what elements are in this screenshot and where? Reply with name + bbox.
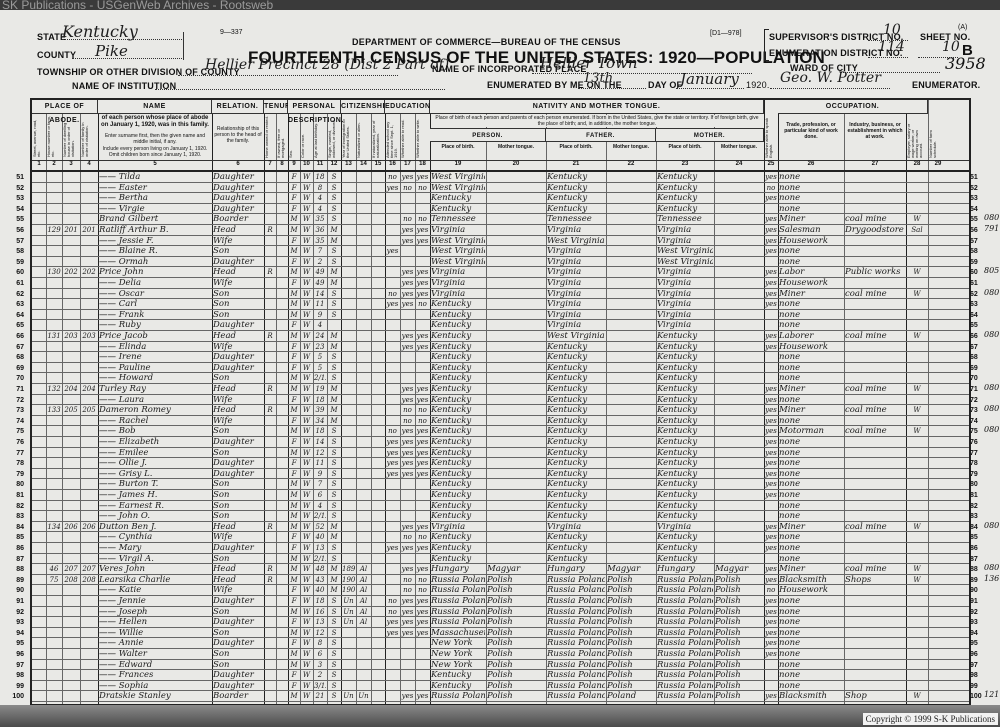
cell-occ: Salesman — [779, 225, 843, 236]
cell-bp: Kentucky — [431, 310, 485, 321]
cell-sex: F — [289, 257, 299, 268]
cell-rd: no — [401, 416, 414, 427]
cell-fbp: West Virginia — [547, 236, 605, 247]
cell-emp — [907, 448, 927, 459]
cell-mar: M — [328, 575, 340, 586]
cell-dw — [63, 607, 79, 618]
table-row: 46207Veres JohnHeadRMW48M1899AlyesyesHun… — [32, 564, 969, 575]
cell-age: 11 — [314, 458, 326, 469]
cell-name: —— Elinda — [99, 342, 211, 353]
cell-rel: Boarder — [213, 214, 263, 225]
table-row: —— RubyDaughterFW4KentuckyVirginiaVirgin… — [32, 320, 969, 331]
cell-age: 5 — [314, 363, 326, 374]
cell-name: —— Virgie — [99, 204, 211, 215]
cell-mtg: Polish — [715, 649, 763, 660]
cell-fbp: Russia Poland — [547, 628, 605, 639]
cell-race: W — [301, 458, 312, 469]
line-number-right: 73 — [970, 407, 978, 414]
cell-name: Dameron Romey — [99, 405, 211, 416]
cell-ind — [845, 320, 905, 331]
cell-emp — [907, 660, 927, 671]
column-number: 9 — [288, 161, 300, 167]
cell-sex: M — [289, 289, 299, 300]
cell-wr: yes — [416, 267, 429, 278]
cell-name: —— Howard — [99, 373, 211, 384]
cell-bp: Russia Poland — [431, 691, 485, 702]
cell-imm: Un — [342, 607, 355, 618]
column-label-family: Number of family in order of visitation. — [81, 115, 97, 157]
cell-fam: 208 — [63, 575, 79, 586]
month-underline — [676, 88, 744, 89]
cell-rd: yes — [401, 628, 414, 639]
bottom-dark-border: Copyright © 1999 S-K Publications — [0, 705, 1000, 727]
cell-eng — [765, 320, 777, 331]
cell-sch — [386, 681, 399, 692]
cell-dw — [63, 670, 79, 681]
cell-emp — [907, 320, 927, 331]
cell-name: —— Frank — [99, 310, 211, 321]
column-label-street: Street, avenue, road, etc. — [33, 115, 45, 157]
cell-mbp: Russia Poland — [657, 638, 713, 649]
cell-name: —— Mary — [99, 543, 211, 554]
cell-sex: M — [289, 490, 299, 501]
cell-dw: 129 — [47, 225, 61, 236]
cell-sch — [386, 267, 399, 278]
line-number-right: 80 — [970, 481, 978, 488]
cell-mar: M — [328, 416, 340, 427]
cell-rd — [401, 660, 414, 671]
cell-mtg: Polish — [715, 575, 763, 586]
cell-rel: Daughter — [213, 257, 263, 268]
cell-mbp: Russia Poland — [657, 617, 713, 628]
line-number-right: 74 — [970, 418, 978, 425]
line-number-left: 91 — [2, 598, 24, 605]
cell-name: —— John O. — [99, 511, 211, 522]
cell-occ: none — [779, 490, 843, 501]
cell-wr: no — [416, 532, 429, 543]
cell-ind — [845, 469, 905, 480]
line-number-left: 73 — [2, 407, 24, 414]
cell-age: 16 — [314, 607, 326, 618]
cell-sch: yes — [386, 246, 399, 257]
cell-name: —— Bob — [99, 426, 211, 437]
table-row: —— MaryDaughterFW13SyesyesyesKentuckyKen… — [32, 543, 969, 554]
cell-name: —— Easter — [99, 183, 211, 194]
cell-wr: yes — [416, 172, 429, 183]
cell-rd: yes — [401, 278, 414, 289]
cell-mar: M — [328, 564, 340, 575]
cell-occ: none — [779, 649, 843, 660]
cell-bp: Virginia — [431, 225, 485, 236]
cell-eng: yes — [765, 469, 777, 480]
table-row: —— EdwardSonMW3SNew YorkPolishRussia Pol… — [32, 660, 969, 671]
cell-dw — [63, 289, 79, 300]
column-number: 5 — [98, 161, 212, 167]
form-id: [D1—978] — [710, 30, 742, 37]
cell-ind: coal mine — [845, 214, 905, 225]
cell-wr — [416, 511, 429, 522]
cell-own — [265, 193, 275, 204]
cell-rel: Head — [213, 564, 263, 575]
cell-wr: yes — [416, 437, 429, 448]
cell-age: 19 — [314, 384, 326, 395]
cell-rel: Son — [213, 649, 263, 660]
cell-mbp: Russia Poland — [657, 607, 713, 618]
cell-name: —— Bertha — [99, 193, 211, 204]
cell-ind: coal mine — [845, 289, 905, 300]
cell-wr: yes — [416, 331, 429, 342]
cell-sch — [386, 501, 399, 512]
cell-sch — [386, 320, 399, 331]
table-row: —— Grisy L.DaughterFW9SyesyesyesKentucky… — [32, 469, 969, 480]
cell-ind — [845, 501, 905, 512]
cell-sex: F — [289, 543, 299, 554]
cell-fbp: Kentucky — [547, 479, 605, 490]
cell-emp — [907, 437, 927, 448]
line-number-right: 68 — [970, 354, 978, 361]
cell-bp: Russia Poland — [431, 596, 485, 607]
cell-wr: yes — [416, 543, 429, 554]
cell-eng: yes — [765, 649, 777, 660]
cell-fbp: Kentucky — [547, 204, 605, 215]
cell-mbp: Virginia — [657, 310, 713, 321]
line-number-right: 87 — [970, 556, 978, 563]
cell-occ: none — [779, 681, 843, 692]
cell-emp: W — [907, 426, 927, 437]
line-number-right: 79 — [970, 471, 978, 478]
cell-nat: Al — [357, 564, 370, 575]
cell-mbp: Kentucky — [657, 437, 713, 448]
cell-fam — [81, 532, 97, 543]
cell-rd: no — [401, 575, 414, 586]
cell-own — [265, 204, 275, 215]
cell-eng: yes — [765, 543, 777, 554]
cell-age: 40 — [314, 585, 326, 596]
cell-btg: Polish — [487, 638, 545, 649]
cell-sex: F — [289, 236, 299, 247]
cell-dw — [63, 596, 79, 607]
cell-occ: none — [779, 448, 843, 459]
cell-mar: S — [328, 479, 340, 490]
cell-race: W — [301, 193, 312, 204]
cell-fam — [81, 437, 97, 448]
cell-bp: Virginia — [431, 278, 485, 289]
cell-rel: Daughter — [213, 638, 263, 649]
cell-fam — [81, 543, 97, 554]
table-row: 129201Ratliff Arthur B.HeadRMW36MyesyesV… — [32, 225, 969, 236]
cell-bp: Kentucky — [431, 437, 485, 448]
cell-fam — [81, 628, 97, 639]
cell-imm: 1902 — [342, 575, 355, 586]
line-number-left: 100 — [2, 693, 24, 700]
cell-mar: S — [328, 691, 340, 702]
column-label-tongue: Mother tongue. — [608, 144, 654, 150]
cell-dw: 134 — [47, 522, 61, 533]
cell-occ: none — [779, 352, 843, 363]
cell-family-number: 208 — [81, 575, 97, 586]
margin-code-note: 080 — [984, 425, 999, 434]
cell-wr — [416, 479, 429, 490]
margin-code-note: 791 — [984, 224, 999, 233]
cell-race: W — [301, 490, 312, 501]
cell-own — [265, 352, 275, 363]
cell-mbp: Kentucky — [657, 395, 713, 406]
line-number-left: 54 — [2, 206, 24, 213]
cell-ind — [845, 278, 905, 289]
table-row: —— LauraWifeFW18MyesyesKentuckyKentuckyK… — [32, 395, 969, 406]
column-label-age: Age at last birthday. — [314, 116, 326, 158]
table-row: —— WalterSonMW6SNew YorkPolishRussia Pol… — [32, 649, 969, 660]
column-label-write: Whether able to write. — [416, 116, 429, 158]
cell-ind — [845, 448, 905, 459]
cell-wr: yes — [416, 607, 429, 618]
cell-sch: yes — [386, 617, 399, 628]
cell-sch — [386, 670, 399, 681]
cell-bp: Kentucky — [431, 479, 485, 490]
cell-dw — [63, 554, 79, 565]
cell-own — [265, 458, 275, 469]
cell-eng: yes — [765, 426, 777, 437]
cell-age: 36 — [314, 225, 326, 236]
cell-ind — [845, 299, 905, 310]
cell-sch — [386, 225, 399, 236]
cell-sex: F — [289, 670, 299, 681]
cell-own — [265, 373, 275, 384]
cell-fbp: Virginia — [547, 257, 605, 268]
cell-dw: 46 — [47, 564, 61, 575]
cell-name: Brand Gilbert — [99, 214, 211, 225]
cell-race: W — [301, 564, 312, 575]
cell-own — [265, 437, 275, 448]
cell-mar: S — [328, 490, 340, 501]
cell-mar: S — [328, 670, 340, 681]
cell-rel: Daughter — [213, 617, 263, 628]
cell-dw — [63, 214, 79, 225]
cell-own — [265, 628, 275, 639]
cell-fam — [81, 670, 97, 681]
cell-dw — [63, 501, 79, 512]
cell-sex: M — [289, 607, 299, 618]
column-group-occupation: OCCUPATION. — [778, 100, 928, 114]
cell-fbp: Russia Poland — [547, 617, 605, 628]
cell-bp: Kentucky — [431, 363, 485, 374]
cell-mbp: Russia Poland — [657, 691, 713, 702]
cell-fbp: Russia Poland — [547, 670, 605, 681]
cell-emp — [907, 373, 927, 384]
cell-name: —— Irene — [99, 352, 211, 363]
cell-fbp: Russia Poland — [547, 691, 605, 702]
column-group-tenure: TENURE. — [264, 100, 288, 114]
cell-sex: F — [289, 532, 299, 543]
cell-fam — [81, 257, 97, 268]
margin-code-note: 805 — [984, 266, 999, 275]
cell-mar — [328, 320, 340, 331]
column-label-dwelling: Number of dwelling house in order of vis… — [63, 115, 79, 157]
cell-mar: S — [328, 437, 340, 448]
cell-own: R — [265, 331, 275, 342]
cell-mbp: Kentucky — [657, 405, 713, 416]
table-row: —— FrankSonMW9SKentuckyVirginiaVirginian… — [32, 310, 969, 321]
cell-sch — [386, 193, 399, 204]
cell-emp — [907, 193, 927, 204]
cell-sch — [386, 511, 399, 522]
cell-emp — [907, 246, 927, 257]
cell-eng — [765, 660, 777, 671]
cell-bp: New York — [431, 638, 485, 649]
sheet-number: 10 — [942, 39, 960, 55]
cell-mbp: Kentucky — [657, 384, 713, 395]
cell-rel: Son — [213, 660, 263, 671]
cell-wr: no — [416, 585, 429, 596]
line-number-right: 69 — [970, 365, 978, 372]
cell-occ: none — [779, 638, 843, 649]
cell-dw: 131 — [47, 331, 61, 342]
cell-mar: M — [328, 342, 340, 353]
year-label: 1920. — [746, 80, 770, 90]
cell-mbp: Russia Poland — [657, 575, 713, 586]
line-number-right: 83 — [970, 513, 978, 520]
cell-family-number: 207 — [81, 564, 97, 575]
column-group-abode: PLACE OF ABODE. — [32, 100, 98, 114]
cell-eng: yes — [765, 490, 777, 501]
cell-eng: yes — [765, 193, 777, 204]
cell-sex: M — [289, 522, 299, 533]
cell-own — [265, 501, 275, 512]
cell-wr: no — [416, 214, 429, 225]
cell-wr — [416, 320, 429, 331]
cell-age: 3 — [314, 660, 326, 671]
line-number-left: 53 — [2, 195, 24, 202]
cell-mtg: Polish — [715, 681, 763, 692]
cell-fam — [81, 246, 97, 257]
cell-sex: F — [289, 172, 299, 183]
cell-sex: F — [289, 363, 299, 374]
cell-race: W — [301, 469, 312, 480]
cell-sch: yes — [386, 448, 399, 459]
cell-bp: Kentucky — [431, 395, 485, 406]
cell-own — [265, 236, 275, 247]
cell-name: Learsika Charlie — [99, 575, 211, 586]
cell-age: 14 — [314, 289, 326, 300]
cell-sch — [386, 257, 399, 268]
column-number: 26 — [778, 161, 844, 167]
table-row: —— IreneDaughterFW5SKentuckyKentuckyKent… — [32, 352, 969, 363]
line-number-right: 66 — [970, 333, 978, 340]
cell-age: 18 — [314, 596, 326, 607]
cell-fbp: Kentucky — [547, 183, 605, 194]
cell-ind — [845, 596, 905, 607]
cell-eng: yes — [765, 289, 777, 300]
line-number-right: 53 — [970, 195, 978, 202]
column-label-birth: Place of birth. — [432, 144, 484, 150]
township-underline — [178, 75, 398, 76]
table-row: —— BobSonMW18SnoyesyesKentuckyKentuckyKe… — [32, 426, 969, 437]
cell-bp: Kentucky — [431, 469, 485, 480]
margin-code-note: 080 — [984, 330, 999, 339]
cell-dw: 130 — [47, 267, 61, 278]
cell-sch — [386, 416, 399, 427]
cell-mbp: Kentucky — [657, 469, 713, 480]
cell-bp: West Virginia — [431, 257, 485, 268]
cell-emp — [907, 681, 927, 692]
cell-occ: none — [779, 628, 843, 639]
cell-eng: yes — [765, 236, 777, 247]
cell-rd: yes — [401, 448, 414, 459]
cell-own — [265, 299, 275, 310]
cell-eng: yes — [765, 638, 777, 649]
cell-fam — [81, 691, 97, 702]
incorporated-place-value: Hellier Town — [540, 54, 638, 72]
cell-rd: yes — [401, 395, 414, 406]
cell-eng: yes — [765, 384, 777, 395]
cell-fbp: West Virginia — [547, 331, 605, 342]
cell-fam — [81, 490, 97, 501]
cell-ind: coal mine — [845, 331, 905, 342]
cell-mar: S — [328, 607, 340, 618]
table-row: —— OscarSonMW14SnoyesyesVirginiaVirginia… — [32, 289, 969, 300]
cell-occ: none — [779, 299, 843, 310]
cell-own: R — [265, 564, 275, 575]
cell-occ: none — [779, 458, 843, 469]
cell-rd: yes — [401, 172, 414, 183]
cell-dw — [63, 437, 79, 448]
cell-rd — [401, 670, 414, 681]
cell-age: 24 — [314, 331, 326, 342]
cell-rel: Head — [213, 331, 263, 342]
cell-wr — [416, 352, 429, 363]
cell-age: 23 — [314, 342, 326, 353]
cell-name: Price John — [99, 267, 211, 278]
column-label-read: Whether able to read. — [401, 116, 414, 158]
cell-sex: M — [289, 649, 299, 660]
cell-race: W — [301, 437, 312, 448]
cell-sch — [386, 395, 399, 406]
table-row: —— ElindaWifeFW23MyesyesKentuckyKentucky… — [32, 342, 969, 353]
line-number-left: 62 — [2, 291, 24, 298]
cell-rd: yes — [401, 331, 414, 342]
enumerator-label: ENUMERATOR. — [912, 80, 980, 90]
line-number-left: 55 — [2, 216, 24, 223]
cell-bp: Virginia — [431, 289, 485, 300]
cell-eng: no — [765, 585, 777, 596]
cell-mtg: Polish — [715, 670, 763, 681]
cell-emp — [907, 479, 927, 490]
cell-wr: yes — [416, 236, 429, 247]
cell-bp: West Virginia — [431, 246, 485, 257]
line-number-right: 70 — [970, 375, 978, 382]
cell-ftg: Polish — [607, 617, 655, 628]
cell-occ: none — [779, 320, 843, 331]
cell-fbp: Kentucky — [547, 501, 605, 512]
cell-name: —— Blaine R. — [99, 246, 211, 257]
cell-fbp: Kentucky — [547, 426, 605, 437]
cell-eng: yes — [765, 214, 777, 225]
line-number-left: 92 — [2, 609, 24, 616]
cell-mbp: West Virginia — [657, 246, 713, 257]
cell-ftg: Polish — [607, 575, 655, 586]
cell-bp: Tennessee — [431, 214, 485, 225]
cell-bp: West Virginia — [431, 183, 485, 194]
cell-ind: coal mine — [845, 426, 905, 437]
cell-emp — [907, 532, 927, 543]
cell-rd — [401, 193, 414, 204]
cell-mbp: Kentucky — [657, 204, 713, 215]
cell-fam — [81, 426, 97, 437]
cell-name: —— Willie — [99, 628, 211, 639]
line-number-left: 74 — [2, 418, 24, 425]
column-number: 8 — [276, 161, 288, 167]
cell-ind — [845, 532, 905, 543]
